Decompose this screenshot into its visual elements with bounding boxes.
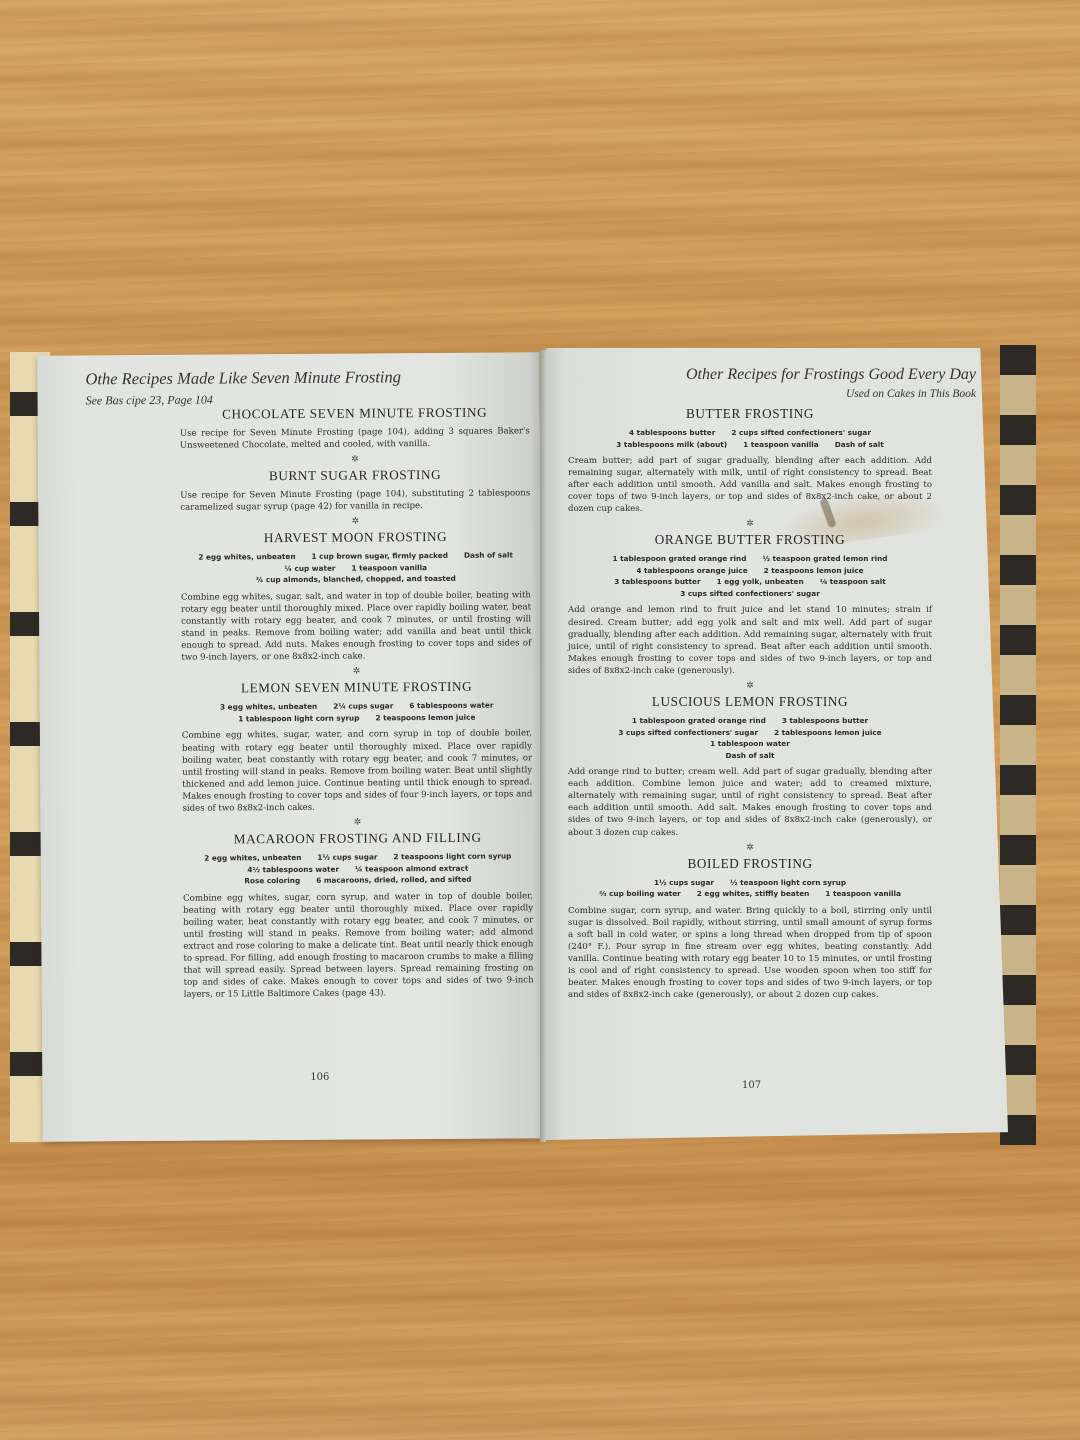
recipe-instructions: Combine egg whites, sugar, corn syrup, a… — [183, 890, 534, 1001]
ingredient-row: Rose coloring6 macaroons, dried, rolled,… — [183, 873, 533, 887]
book-gutter — [540, 350, 546, 1142]
right-running-subhead: Used on Cakes in This Book — [846, 388, 976, 400]
recipe-title: BUTTER FROSTING — [568, 406, 932, 422]
page-number-left: 106 — [310, 1072, 329, 1083]
ingredient: Dash of salt — [725, 750, 774, 762]
ingredient: 2 teaspoons lemon juice — [764, 565, 864, 577]
ingredient: 3 tablespoons butter — [782, 715, 868, 727]
recipe: LUSCIOUS LEMON FROSTING1 tablespoon grat… — [568, 694, 932, 839]
ingredient: 4½ tablespoons water — [247, 863, 339, 875]
ingredient: ½ teaspoon grated lemon rind — [762, 553, 887, 565]
ingredient-row: ¾ cup almonds, blanched, chopped, and to… — [181, 573, 531, 587]
ingredient: 2 egg whites, stiffly beaten — [697, 888, 810, 900]
book-cover-edge-right — [1000, 345, 1036, 1145]
ingredient: ¼ cup water — [284, 563, 335, 575]
right-recipes: BUTTER FROSTING4 tablespoons butter2 cup… — [568, 406, 932, 1004]
recipe: BOILED FROSTING1½ cups sugar½ teaspoon l… — [568, 856, 932, 1002]
recipe: CHOCOLATE SEVEN MINUTE FROSTINGUse recip… — [180, 404, 530, 452]
ingredient: 2 teaspoons light corn syrup — [393, 851, 511, 863]
recipe-instructions: Use recipe for Seven Minute Frosting (pa… — [180, 425, 530, 452]
recipe-title: ORANGE BUTTER FROSTING — [568, 532, 932, 548]
recipe-instructions: Cream butter; add part of sugar graduall… — [568, 455, 932, 515]
recipe: BURNT SUGAR FROSTINGUse recipe for Seven… — [180, 467, 530, 515]
recipe-instructions: Combine sugar, corn syrup, and water. Br… — [568, 905, 932, 1002]
ingredient-row: 1 tablespoon grated orange rind½ teaspoo… — [568, 553, 932, 565]
recipe-instructions: Add orange rind to butter; cream well. A… — [568, 766, 932, 839]
recipe: MACAROON FROSTING AND FILLING2 egg white… — [183, 829, 534, 1001]
ingredient-row: 3 cups sifted confectioners' sugar — [568, 588, 932, 600]
recipe-instructions: Combine egg whites, sugar, water, and co… — [182, 728, 533, 815]
ingredient-list: 2 egg whites, unbeaten1½ cups sugar2 tea… — [183, 850, 533, 887]
ingredient-row: 1 tablespoon grated orange rind3 tablesp… — [568, 715, 932, 727]
recipe-title: BOILED FROSTING — [568, 856, 932, 872]
ingredient: 1½ cups sugar — [654, 877, 714, 889]
ingredient: Dash of salt — [835, 439, 884, 451]
recipe-title: CHOCOLATE SEVEN MINUTE FROSTING — [180, 404, 530, 422]
recipe: BUTTER FROSTING4 tablespoons butter2 cup… — [568, 406, 932, 515]
recipe-instructions: Add orange and lemon rind to fruit juice… — [568, 604, 932, 677]
ingredient: 2 tablespoons lemon juice — [774, 727, 882, 739]
ingredient: 1 tablespoon water — [710, 738, 790, 750]
ingredient-row: 3 cups sifted confectioners' sugar2 tabl… — [568, 727, 932, 750]
ingredient-row: Dash of salt — [568, 750, 932, 762]
ingredient-list: 2 egg whites, unbeaten1 cup brown sugar,… — [181, 550, 531, 587]
ingredient: 3 cups sifted confectioners' sugar — [680, 588, 820, 600]
ingredient-list: 4 tablespoons butter2 cups sifted confec… — [568, 427, 932, 450]
ingredient-row: ⅔ cup boiling water2 egg whites, stiffly… — [568, 888, 932, 900]
ingredient: 1 tablespoon grated orange rind — [632, 715, 766, 727]
ingredient: Rose coloring — [244, 875, 300, 887]
ingredient-row: 4 tablespoons butter2 cups sifted confec… — [568, 427, 932, 439]
recipe-instructions: Combine egg whites, sugar, salt, and wat… — [181, 589, 531, 664]
ornament-divider-icon: ✲ — [180, 515, 530, 529]
right-page: Other Recipes for Frostings Good Every D… — [546, 348, 1008, 1140]
ingredient: 1 tablespoon light corn syrup — [238, 712, 359, 724]
recipe: ORANGE BUTTER FROSTING1 tablespoon grate… — [568, 532, 932, 677]
ingredient: 6 tablespoons water — [409, 700, 493, 712]
ingredient: 1 teaspoon vanilla — [351, 562, 427, 574]
ingredient: ⅔ cup boiling water — [599, 888, 681, 900]
ornament-divider-icon: ✲ — [182, 815, 532, 829]
ingredient-row: 3 tablespoons milk (about)1 teaspoon van… — [568, 439, 932, 451]
ingredient: 1 cup brown sugar, firmly packed — [311, 550, 448, 562]
ingredient: ¾ cup almonds, blanched, chopped, and to… — [256, 573, 456, 586]
ornament-divider-icon: ✲ — [181, 665, 531, 679]
right-running-head: Other Recipes for Frostings Good Every D… — [686, 366, 976, 384]
ingredient: 3 tablespoons butter — [614, 576, 700, 588]
ingredient: ½ teaspoon light corn syrup — [730, 877, 846, 889]
ingredient: 2¼ cups sugar — [333, 701, 393, 713]
ingredient: 6 macaroons, dried, rolled, and sifted — [316, 874, 471, 887]
ingredient: 2 egg whites, unbeaten — [198, 551, 295, 563]
recipe-instructions: Use recipe for Seven Minute Frosting (pa… — [180, 488, 530, 515]
ingredient: 1½ cups sugar — [317, 851, 377, 863]
recipe-title: LUSCIOUS LEMON FROSTING — [568, 694, 932, 710]
ornament-divider-icon: ✲ — [568, 518, 932, 530]
ingredient: ⅛ teaspoon salt — [820, 576, 886, 588]
ingredient: 3 tablespoons milk (about) — [616, 439, 727, 451]
ingredient-row: 1½ cups sugar½ teaspoon light corn syrup — [568, 877, 932, 889]
ingredient: 2 teaspoons lemon juice — [375, 712, 475, 724]
ingredient-row: 4 tablespoons orange juice2 teaspoons le… — [568, 565, 932, 577]
recipe-title: MACAROON FROSTING AND FILLING — [183, 829, 533, 847]
ingredient: 3 cups sifted confectioners' sugar — [618, 727, 758, 739]
ornament-divider-icon: ✲ — [568, 842, 932, 854]
ingredient: 1 tablespoon grated orange rind — [612, 553, 746, 565]
left-recipes: CHOCOLATE SEVEN MINUTE FROSTINGUse recip… — [180, 404, 534, 1004]
ingredient: 4 tablespoons butter — [629, 427, 715, 439]
ingredient: Dash of salt — [464, 550, 513, 562]
ingredient: 1 teaspoon vanilla — [825, 888, 901, 900]
ingredient: 2 egg whites, unbeaten — [204, 852, 301, 864]
ingredient: 4 tablespoons orange juice — [636, 565, 747, 577]
recipe: LEMON SEVEN MINUTE FROSTING3 egg whites,… — [182, 679, 533, 815]
ornament-divider-icon: ✲ — [568, 680, 932, 692]
ingredient-row: 3 tablespoons butter1 egg yolk, unbeaten… — [568, 576, 932, 588]
ingredient-list: 1½ cups sugar½ teaspoon light corn syrup… — [568, 877, 932, 900]
recipe-title: LEMON SEVEN MINUTE FROSTING — [182, 679, 532, 697]
recipe-title: BURNT SUGAR FROSTING — [180, 467, 530, 485]
ornament-divider-icon: ✲ — [180, 453, 530, 467]
ingredient: 1 egg yolk, unbeaten — [717, 576, 804, 588]
ingredient: 2 cups sifted confectioners' sugar — [731, 427, 871, 439]
ingredient: 3 egg whites, unbeaten — [220, 701, 317, 713]
ingredient: 1 teaspoon vanilla — [743, 439, 819, 451]
ingredient-list: 1 tablespoon grated orange rind½ teaspoo… — [568, 553, 932, 599]
left-page: Othe Recipes Made Like Seven Minute Fros… — [37, 352, 544, 1141]
recipe: HARVEST MOON FROSTING2 egg whites, unbea… — [180, 529, 531, 665]
ingredient-row: 1 tablespoon light corn syrup2 teaspoons… — [182, 711, 532, 725]
ingredient-list: 3 egg whites, unbeaten2¼ cups sugar6 tab… — [182, 700, 532, 725]
ingredient: ¼ teaspoon almond extract — [355, 862, 468, 874]
ingredient-list: 1 tablespoon grated orange rind3 tablesp… — [568, 715, 932, 761]
left-running-head: Othe Recipes Made Like Seven Minute Fros… — [85, 367, 401, 389]
recipe-title: HARVEST MOON FROSTING — [180, 529, 530, 547]
page-number-right: 107 — [742, 1080, 761, 1091]
